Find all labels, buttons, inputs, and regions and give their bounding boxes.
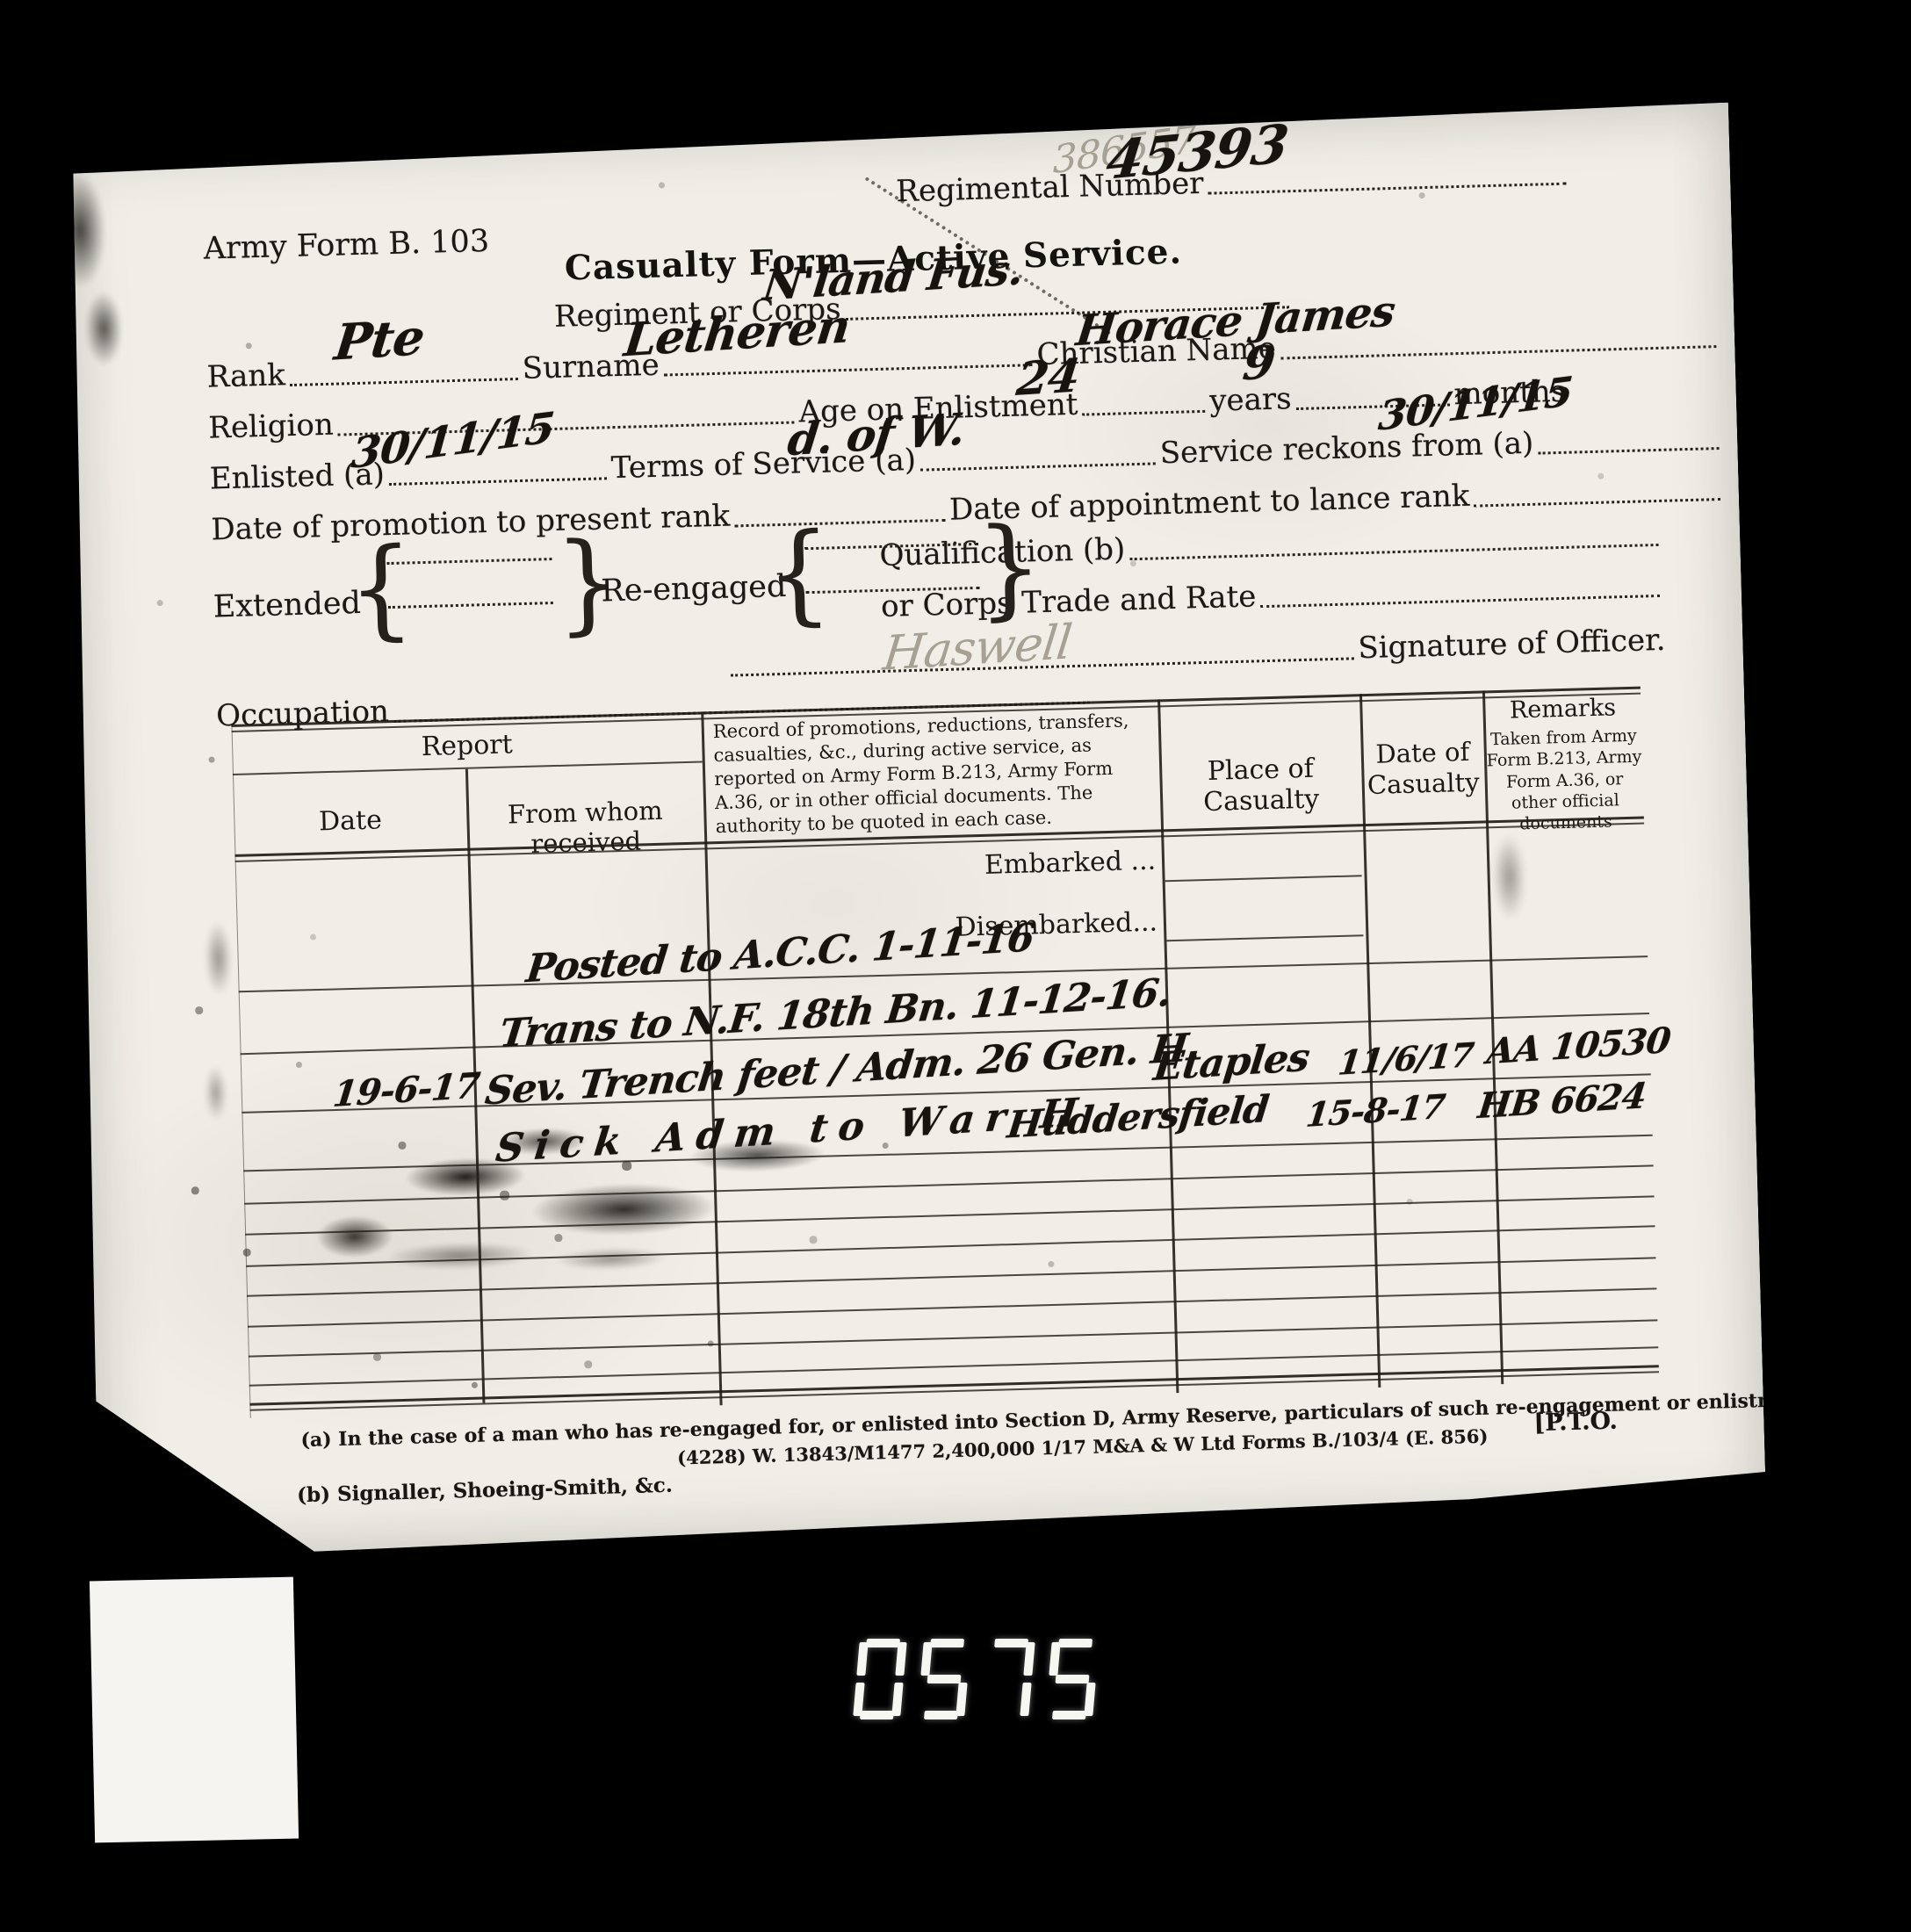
embarked-label: Embarked ... [938, 846, 1157, 883]
row-rule [244, 1164, 1653, 1204]
extended-label: Extended [213, 586, 361, 625]
table-row-remarks: HB 6624 [1476, 1075, 1648, 1127]
place-column-header: Place of Casualty [1159, 752, 1363, 818]
casualty-form-sheet: 386557 Regimental Number 45393 Army Form… [62, 103, 1767, 1560]
signature-label: Signature of Officer. [1358, 623, 1666, 666]
promotion-label: Date of promotion to present rank [211, 499, 731, 548]
dotted-leader [1260, 580, 1660, 608]
religion-label: Religion [208, 407, 335, 446]
pto-label: [P.T.O. [1533, 1408, 1618, 1438]
dotted-leader [1474, 484, 1720, 508]
microfilm-scan: 386557 Regimental Number 45393 Army Form… [0, 0, 1911, 1932]
disembarked-rule [1166, 934, 1363, 941]
dotted-leader [1129, 530, 1658, 560]
service-reckons-label: Service reckons from (a) [1159, 426, 1533, 471]
dotted-leader [1538, 433, 1720, 455]
row-rule [247, 1257, 1655, 1296]
row-rule [245, 1195, 1654, 1235]
dotted-leader [1082, 396, 1205, 416]
torn-corner-stain [57, 162, 169, 385]
table-row-casualty-date: 15-8-17 [1304, 1086, 1447, 1135]
blank-card [90, 1577, 299, 1843]
table-row-remarks: AA 10530 [1485, 1020, 1672, 1072]
form-reference: Army Form B. 103 [203, 224, 489, 267]
film-frame-counter [856, 1639, 1113, 1719]
table-row-entry: Posted to A.C.C. 1-11-16 [524, 915, 1036, 991]
rank-value: Pte [332, 308, 428, 371]
remarks-header-title: Remarks [1484, 694, 1641, 725]
date-column-header: Date [234, 803, 467, 840]
table-row-place: Etaples [1151, 1035, 1311, 1090]
signature-row: Signature of Officer. [725, 623, 1666, 683]
footnote-b: (b) Signaller, Shoeing-Smith, &c. [297, 1474, 673, 1508]
brace-close: } [975, 512, 1043, 623]
age-months-value: 9 [1240, 335, 1277, 391]
casualty-table: Report Date From whom received Record of… [231, 687, 1659, 1418]
rank-label: Rank [206, 357, 285, 394]
row-rule [246, 1225, 1655, 1267]
dotted-leader [386, 544, 552, 565]
report-header: Report [232, 724, 703, 768]
date-of-casualty-header: Date of Casualty [1362, 736, 1483, 800]
dotted-leader [731, 643, 1354, 676]
table-row-date: 19-6-17 [331, 1065, 481, 1115]
table-row-casualty-date: 11/6/17 [1336, 1034, 1475, 1083]
dotted-leader [387, 588, 552, 609]
age-years-value: 24 [1013, 349, 1082, 407]
embarked-rule [1165, 875, 1362, 882]
row-rule [248, 1287, 1656, 1327]
reengaged-label: Re-engaged [601, 569, 787, 609]
record-column-header: Record of promotions, reductions, transf… [713, 709, 1153, 839]
row-rule [249, 1346, 1658, 1386]
paper-speckles [62, 148, 65, 150]
